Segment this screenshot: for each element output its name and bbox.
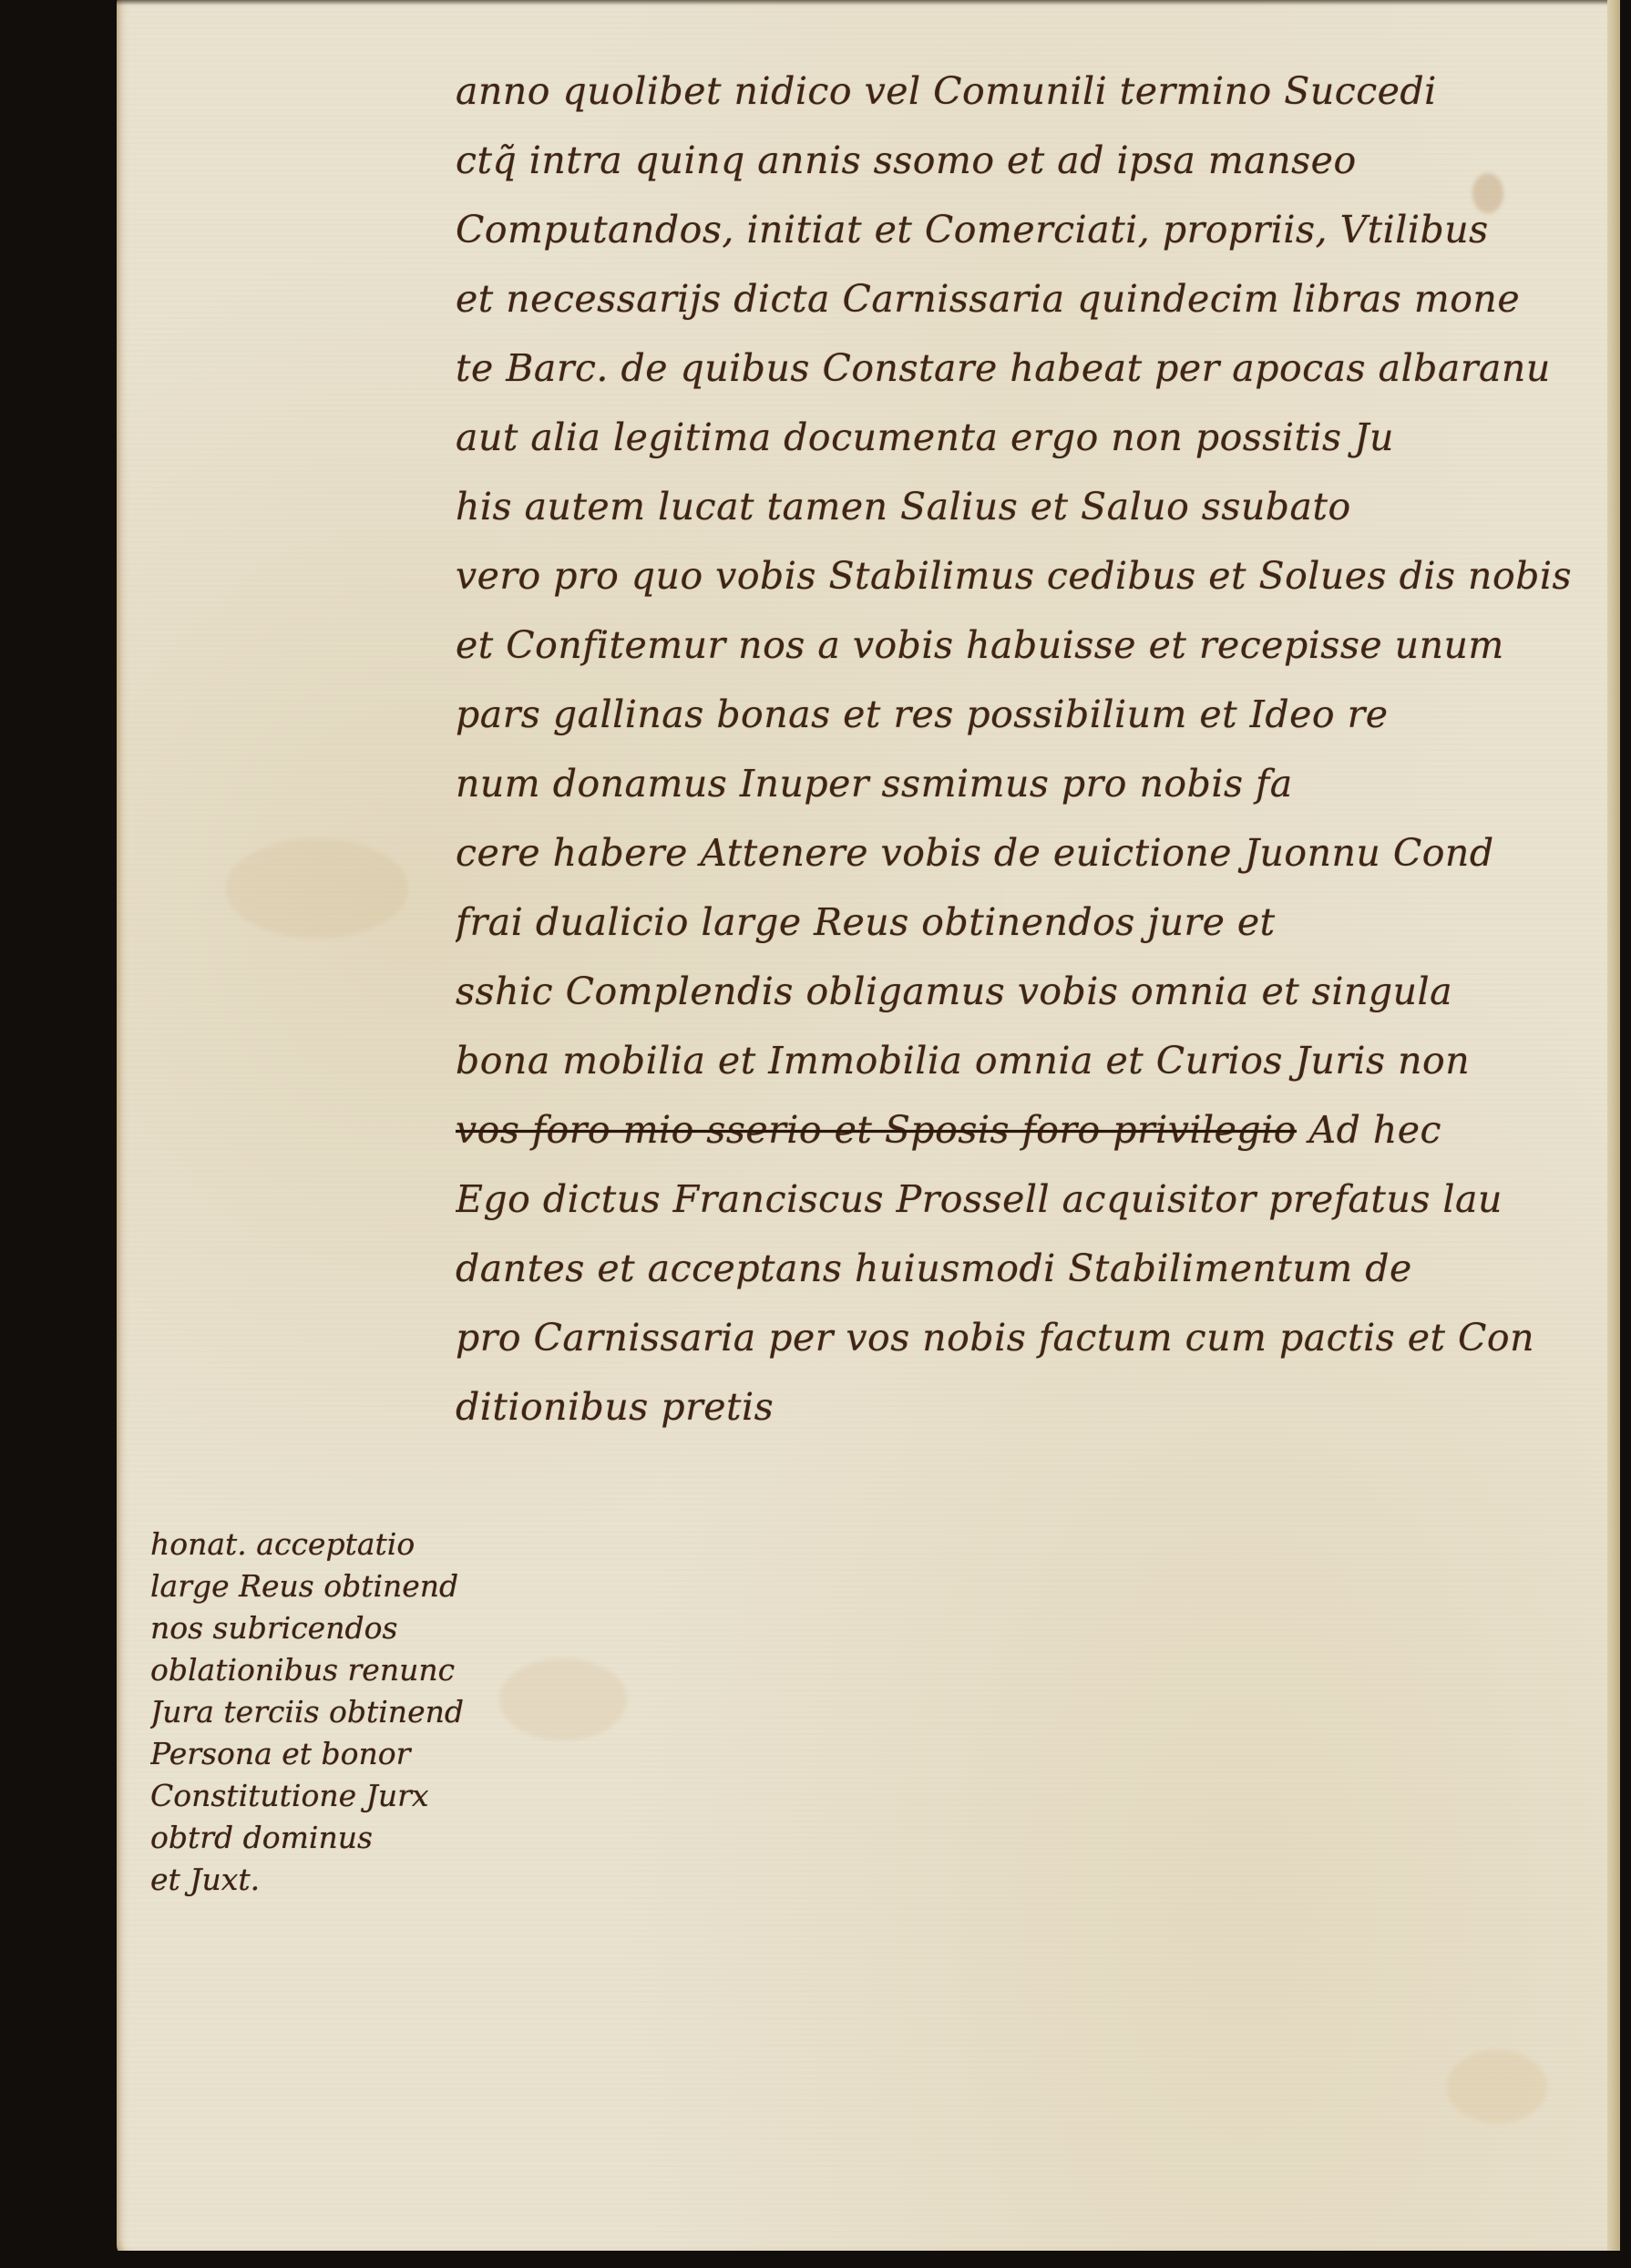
page-binding-edge xyxy=(1607,0,1620,2258)
text-line-2: ctq̃ intra quinq annis ssomo et ad ipsa … xyxy=(456,126,1604,195)
text-line-17: Ego dictus Franciscus Prossell acquisito… xyxy=(456,1165,1604,1234)
text-line-18: dantes et acceptans huiusmodi Stabilimen… xyxy=(456,1234,1604,1303)
text-line-14-content: sshic Complendis obligamus vobis omnia e… xyxy=(456,970,1452,1013)
text-line-14: sshic Complendis obligamus vobis omnia e… xyxy=(456,957,1604,1026)
text-line-10-content: pars gallinas bonas et res possibilium e… xyxy=(456,693,1388,736)
text-line-19-content: pro Carnissaria per vos nobis factum cum… xyxy=(456,1316,1534,1360)
margin-note-4: oblationibus renunc xyxy=(150,1649,606,1691)
margin-note-8: obtrd dominus xyxy=(150,1817,606,1859)
text-line-17-content: Ego dictus Franciscus Prossell acquisito… xyxy=(456,1177,1503,1221)
margin-note-6: Persona et bonor xyxy=(150,1733,606,1775)
text-line-8: vero pro quo vobis Stabilimus cedibus et… xyxy=(456,541,1604,611)
margin-note-2: large Reus obtinend xyxy=(150,1565,606,1607)
margin-note-5: Jura terciis obtinend xyxy=(150,1691,606,1733)
margin-notes: honat. acceptatio large Reus obtinend no… xyxy=(150,1524,606,1901)
text-line-8-content: vero pro quo vobis Stabilimus cedibus et… xyxy=(456,554,1572,598)
margin-note-9: et Juxt. xyxy=(150,1859,606,1901)
text-line-20-content: ditionibus pretis xyxy=(456,1385,774,1429)
page-top-shadow xyxy=(117,0,1620,5)
foxing-stain xyxy=(226,838,408,939)
text-line-2-content: ctq̃ intra quinq annis ssomo et ad ipsa … xyxy=(456,139,1357,182)
struck-through-text: vos foro mio sserio et Sposis foro privi… xyxy=(456,1108,1297,1152)
text-line-3: Computandos, initiat et Comerciati, prop… xyxy=(456,195,1604,264)
text-line-9-content: et Confitemur nos a vobis habuisse et re… xyxy=(456,623,1504,667)
text-line-13: frai dualicio large Reus obtinendos jure… xyxy=(456,888,1604,957)
text-line-6-content: aut alia legitima documenta ergo non pos… xyxy=(456,416,1394,459)
text-line-7-content: his autem lucat tamen Salius et Saluo ss… xyxy=(456,485,1351,529)
text-line-4: et necessarijs dicta Carnissaria quindec… xyxy=(456,264,1604,334)
text-line-3-content: Computandos, initiat et Comerciati, prop… xyxy=(456,208,1489,251)
text-line-16-tail: Ad hec xyxy=(1297,1108,1441,1152)
text-line-1-content: anno quolibet nidico vel Comunili termin… xyxy=(456,69,1437,113)
text-line-6: aut alia legitima documenta ergo non pos… xyxy=(456,403,1604,472)
text-line-1: anno quolibet nidico vel Comunili termin… xyxy=(456,56,1604,126)
text-line-7: his autem lucat tamen Salius et Saluo ss… xyxy=(456,472,1604,541)
text-line-15: bona mobilia et Immobilia omnia et Curio… xyxy=(456,1026,1604,1095)
text-line-11: num donamus Inuper ssmimus pro nobis fa xyxy=(456,749,1604,818)
margin-note-3: nos subricendos xyxy=(150,1607,606,1649)
text-line-10: pars gallinas bonas et res possibilium e… xyxy=(456,680,1604,749)
text-line-5: te Barc. de quibus Constare habeat per a… xyxy=(456,334,1604,403)
foxing-stain xyxy=(1447,2050,1547,2123)
margin-note-7: Constitutione Jurx xyxy=(150,1775,606,1817)
page-bottom-edge xyxy=(117,2251,1620,2268)
text-line-9: et Confitemur nos a vobis habuisse et re… xyxy=(456,611,1604,680)
text-line-12-content: cere habere Attenere vobis de euictione … xyxy=(456,831,1494,875)
main-text-block: anno quolibet nidico vel Comunili termin… xyxy=(456,56,1604,1442)
text-line-11-content: num donamus Inuper ssmimus pro nobis fa xyxy=(456,762,1293,806)
text-line-18-content: dantes et acceptans huiusmodi Stabilimen… xyxy=(456,1247,1412,1290)
margin-note-1: honat. acceptatio xyxy=(150,1524,606,1565)
text-line-19: pro Carnissaria per vos nobis factum cum… xyxy=(456,1303,1604,1372)
text-line-13-content: frai dualicio large Reus obtinendos jure… xyxy=(456,900,1276,944)
text-line-4-content: et necessarijs dicta Carnissaria quindec… xyxy=(456,277,1520,321)
text-line-5-content: te Barc. de quibus Constare habeat per a… xyxy=(456,346,1551,390)
text-line-12: cere habere Attenere vobis de euictione … xyxy=(456,818,1604,888)
text-line-20: ditionibus pretis xyxy=(456,1372,1604,1442)
text-line-15-content: bona mobilia et Immobilia omnia et Curio… xyxy=(456,1039,1470,1083)
text-line-16-struck: vos foro mio sserio et Sposis foro privi… xyxy=(456,1095,1604,1165)
